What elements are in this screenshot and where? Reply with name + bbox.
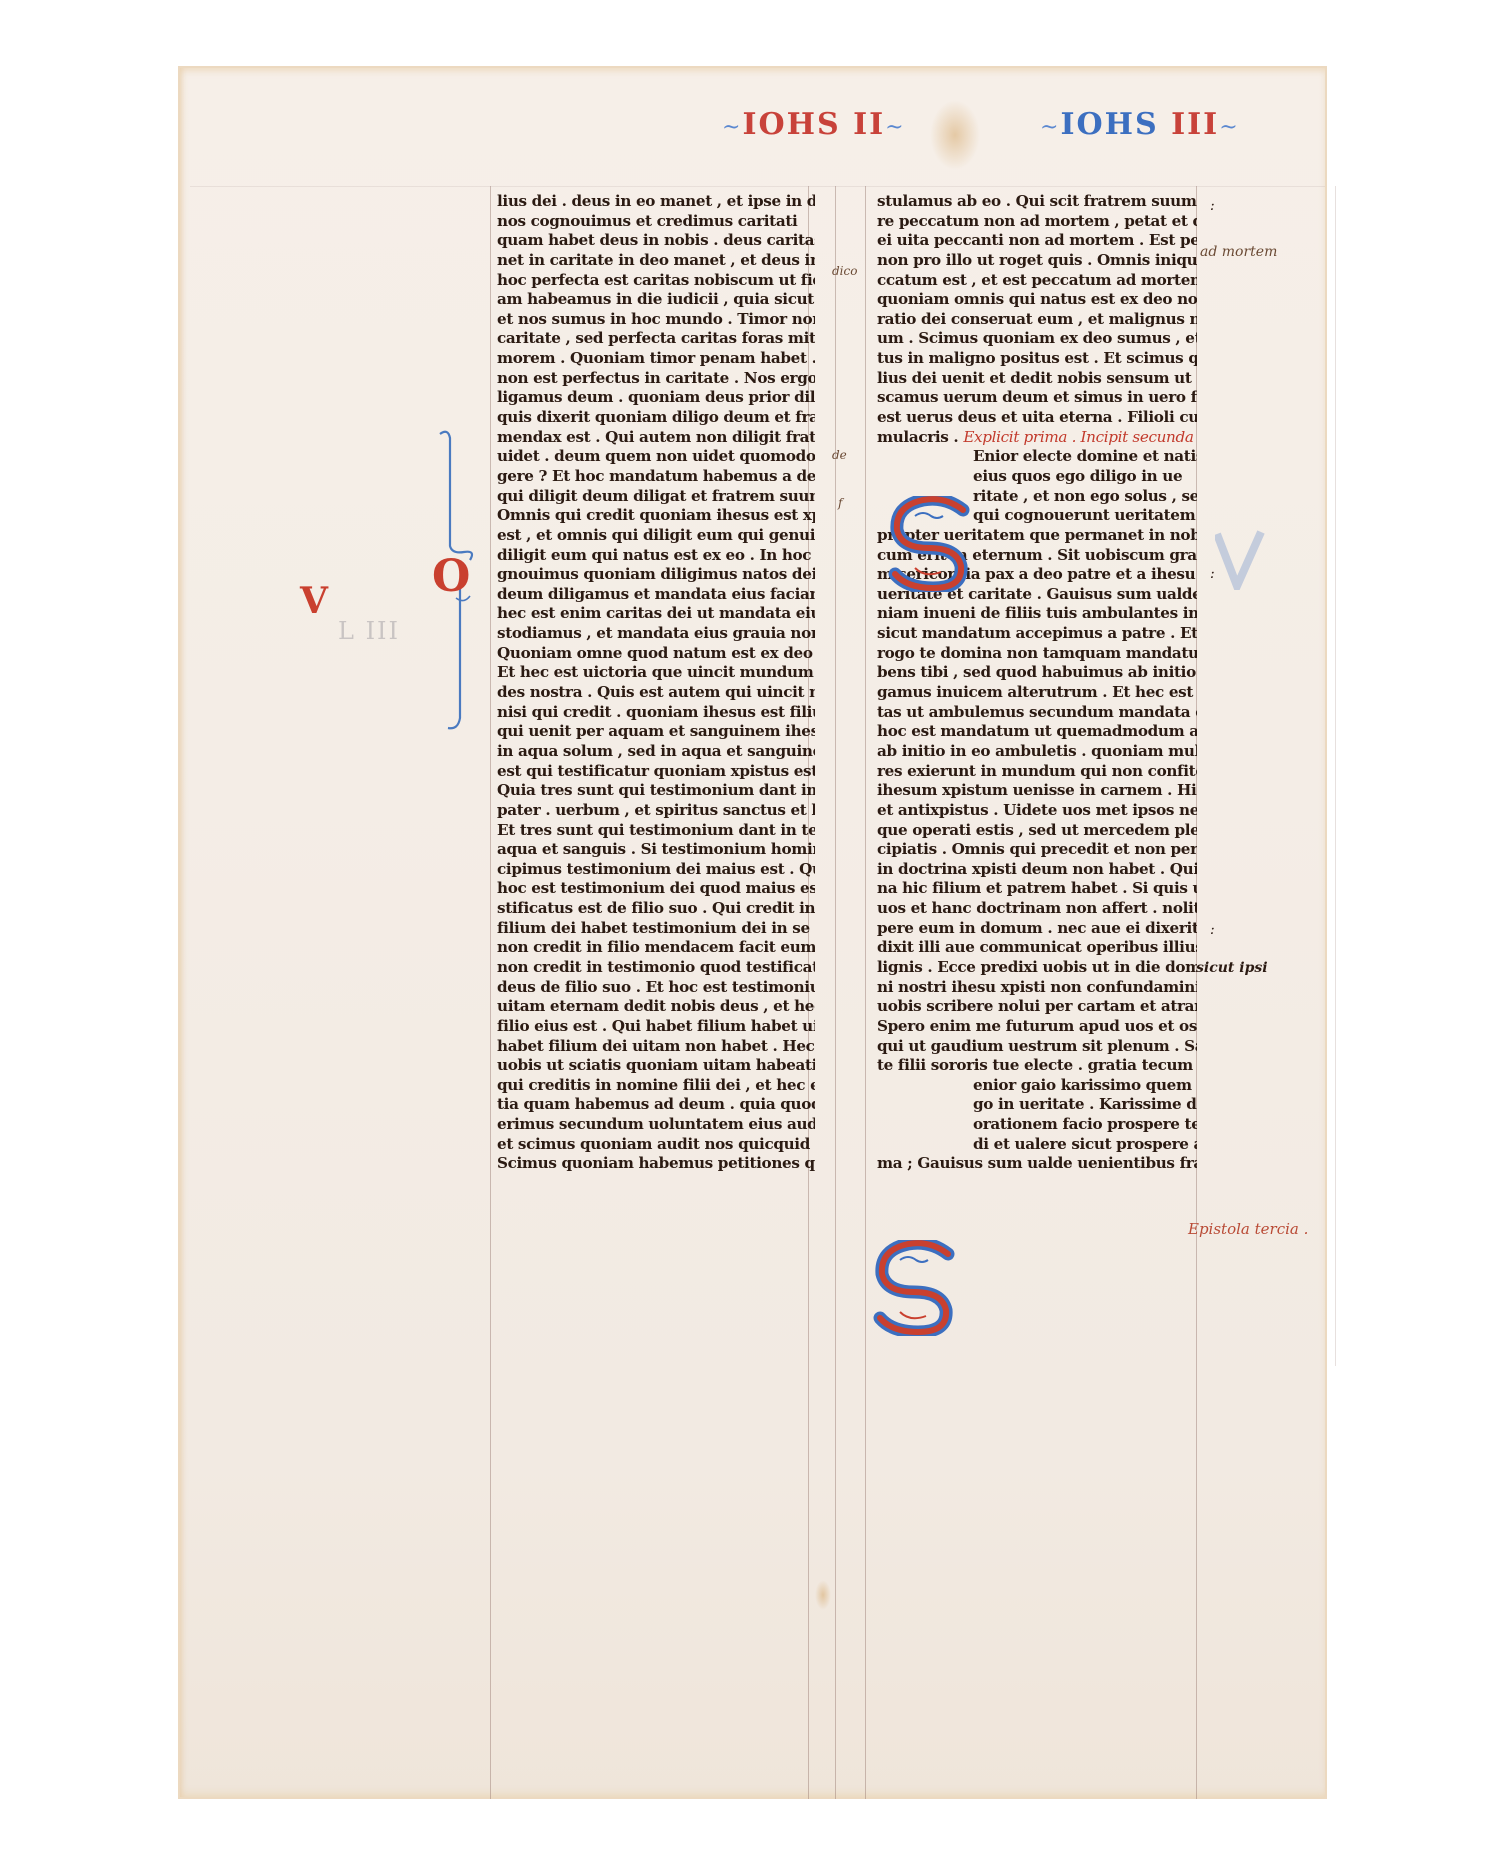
foxing-spot [815, 1580, 831, 1610]
text-line: uobis scribere nolui per cartam et atram… [877, 997, 1197, 1017]
text-line: hec est enim caritas dei ut mandata eius… [497, 604, 815, 624]
text-line: et nos sumus in hoc mundo . Timor non es… [497, 310, 815, 330]
colon-mark: : [1210, 922, 1215, 938]
text-line: bens tibi , sed quod habuimus ab initio … [877, 663, 1197, 683]
text-line: rogo te domina non tamquam mandatum nouu… [877, 644, 1197, 664]
text-line: uobis ut sciatis quoniam uitam habeatis … [497, 1056, 815, 1076]
text-line: non credit in filio mendacem facit eum q… [497, 938, 815, 958]
ruling-margin [1335, 186, 1336, 1366]
text-line: hoc est testimonium dei quod maius est q… [497, 879, 815, 899]
initial-o: O [432, 555, 470, 599]
text-line: in doctrina xpisti deum non habet . Qui … [877, 860, 1197, 880]
text-line: Quia tres sunt qui testimonium dant in c… [497, 781, 815, 801]
text-line: deus de filio suo . Et hoc est testimoni… [497, 978, 815, 998]
text-line: filium dei habet testimonium dei in se .… [497, 919, 815, 939]
text-line: nos cognouimus et credimus caritati [497, 212, 815, 232]
text-line: ccatum est , et est peccatum ad mortem .… [877, 271, 1197, 291]
marginal-note: f [838, 496, 842, 510]
text-line: tus in maligno positus est . Et scimus q… [877, 349, 1197, 369]
text-line: res exierunt in mundum qui non confitent… [877, 762, 1197, 782]
text-line: ligamus deum . quoniam deus prior dilexi… [497, 388, 815, 408]
right-column: stulamus ab eo . Qui scit fratrem suum p… [877, 192, 1197, 1174]
text-line: quis dixerit quoniam diligo deum et frat… [497, 408, 815, 428]
text-line: aqua et sanguis . Si testimonium hominum… [497, 840, 815, 860]
pencil-note: L III [338, 617, 400, 645]
text-line: pater . uerbum , et spiritus sanctus et … [497, 801, 815, 821]
text-line: tia quam habemus ad deum . quia quodcumq… [497, 1095, 815, 1115]
text-line: non pro illo ut roget quis . Omnis iniqu… [877, 251, 1197, 271]
ruling-left-col-outer [490, 186, 491, 1799]
text-line: dixit illi aue communicat operibus illiu… [877, 938, 1197, 958]
marginal-note: de [832, 448, 847, 462]
text-line: mendax est . Qui autem non diligit fratr… [497, 428, 815, 448]
text-line: gamus inuicem alterutrum . Et hec est ca… [877, 683, 1197, 703]
text-line: que operati estis , sed ut mercedem plen… [877, 821, 1197, 841]
marginal-note: dico [832, 264, 857, 278]
text-line: et scimus quoniam audit nos quicquid pet… [497, 1135, 815, 1155]
text-line: scamus uerum deum et simus in uero filio… [877, 388, 1197, 408]
text-line: lius dei uenit et dedit nobis sensum ut … [877, 369, 1197, 389]
text-line: lignis . Ecce predixi uobis ut in die do… [877, 958, 1197, 978]
text-line: enior gaio karissimo quem ego dili [877, 1076, 1197, 1096]
text-line: tas ut ambulemus secundum mandata eius . [877, 703, 1197, 723]
text-line: erimus secundum uoluntatem eius audiet n… [497, 1115, 815, 1135]
text-line: deum diligamus et mandata eius faciamus … [497, 585, 815, 605]
running-head-word: IOHS [1060, 107, 1158, 142]
text-line: lius dei . deus in eo manet , et ipse in… [497, 192, 815, 212]
text-line: Et tres sunt qui testimonium dant in ter… [497, 821, 815, 841]
text-line: Quoniam omne quod natum est ex deo uinci… [497, 644, 815, 664]
rubric-epistola-tercia: Epistola tercia . [1188, 1220, 1308, 1238]
text-line: hoc est mandatum ut quemadmodum audistis [877, 722, 1197, 742]
text-fragment: mulacris . [877, 428, 958, 446]
decorated-initial-s-icon: S [870, 1240, 960, 1336]
running-head-left: ~IOHS II~ [722, 108, 906, 145]
text-line: Et hec est uictoria que uincit mundum fi [497, 663, 815, 683]
marginal-note: ad mortem [1200, 244, 1277, 260]
text-line: hoc perfecta est caritas nobiscum ut fid… [497, 271, 815, 291]
text-line: uos et hanc doctrinam non affert . nolit… [877, 899, 1197, 919]
text-line: Enior electe domine et natis [877, 447, 1197, 467]
colon-mark: : [1210, 198, 1215, 214]
text-line: des nostra . Quis est autem qui uincit m… [497, 683, 815, 703]
text-line: ni nostri ihesu xpisti non confundamini … [877, 978, 1197, 998]
text-line: qui creditis in nomine filii dei , et he… [497, 1076, 815, 1096]
text-line: pere eum in domum . nec aue ei dixeritis… [877, 919, 1197, 939]
text-line: qui uenit per aquam et sanguinem ihesus … [497, 722, 815, 742]
text-line: diligit eum qui natus est ex eo . In hoc… [497, 546, 815, 566]
water-stain [930, 100, 980, 170]
text-line: te filii sororis tue electe . gratia tec… [877, 1056, 1197, 1076]
text-line: ma ; Gauisus sum ualde uenientibus fratr… [877, 1154, 1197, 1174]
text-line: uitam eternam dedit nobis deus , et hec … [497, 997, 815, 1017]
text-line: filio eius est . Qui habet filium habet … [497, 1017, 815, 1037]
text-line: ei uita peccanti non ad mortem . Est pec… [877, 231, 1197, 251]
flourish-icon: ~ [722, 115, 742, 140]
text-line: ihesum xpistum uenisse in carnem . Hic e… [877, 781, 1197, 801]
chapter-numeral: V [300, 580, 328, 622]
text-line: morem . Quoniam timor penam habet . Qui … [497, 349, 815, 369]
ruling-right-col-outer [865, 186, 866, 1799]
text-line: in aqua solum , sed in aqua et sanguine … [497, 742, 815, 762]
text-line: nisi qui credit . quoniam ihesus est fil… [497, 703, 815, 723]
text-line: na hic filium et patrem habet . Si quis … [877, 879, 1197, 899]
text-line: gnouimus quoniam diligimus natos dei . c… [497, 565, 815, 585]
text-line: cipiatis . Omnis qui precedit et non per… [877, 840, 1197, 860]
text-line: non est perfectus in caritate . Nos ergo… [497, 369, 815, 389]
text-line: Scimus quoniam habemus petitiones quas p… [497, 1154, 815, 1174]
decorated-initial-s-icon: S [885, 496, 975, 592]
text-line: di et ualere sicut prospere agit ani [877, 1135, 1197, 1155]
ruling-top [190, 186, 1325, 187]
running-head-right: ~IOHS III~ [1040, 108, 1240, 145]
text-line: est qui testificatur quoniam xpistus est… [497, 762, 815, 782]
initial-letter: S [885, 496, 886, 497]
text-line: eius quos ego diligo in ue [877, 467, 1197, 487]
explicit-line: mulacris . Explicit prima . Incipit secu… [877, 428, 1197, 448]
flourish-icon: ~ [885, 115, 905, 140]
text-line: ab initio in eo ambuletis . quoniam mult… [877, 742, 1197, 762]
text-line: niam inueni de filiis tuis ambulantes in… [877, 604, 1197, 624]
text-line: cipimus testimonium dei maius est . Quon… [497, 860, 815, 880]
colon-mark: : [1210, 566, 1215, 582]
text-line: habet filium dei uitam non habet . Hec s… [497, 1037, 815, 1057]
text-line: quoniam omnis qui natus est ex deo non p… [877, 290, 1197, 310]
text-line: uidet . deum quem non uidet quomodo pote… [497, 447, 815, 467]
running-head-numeral: III [1171, 107, 1219, 142]
text-line: orationem facio prospere te ingre [877, 1115, 1197, 1135]
text-line: est uerus deus et uita eterna . Filioli … [877, 408, 1197, 428]
text-line: stificatus est de filio suo . Qui credit… [497, 899, 815, 919]
text-line: est , et omnis qui diligit eum qui genui… [497, 526, 815, 546]
text-line: quam habet deus in nobis . deus caritas … [497, 231, 815, 251]
text-line: am habeamus in die iudicii , quia sicut … [497, 290, 815, 310]
text-line: non credit in testimonio quod testificat… [497, 958, 815, 978]
marginal-note: sicut ipsi [1196, 960, 1268, 976]
explicit-rubric: Explicit prima . Incipit secunda . [963, 428, 1197, 446]
initial-letter: S [870, 1240, 871, 1241]
text-line: ratio dei conseruat eum , et malignus no… [877, 310, 1197, 330]
text-line: net in caritate in deo manet , et deus i… [497, 251, 815, 271]
running-head-numeral: II [853, 107, 885, 142]
text-line: re peccatum non ad mortem , petat et dab… [877, 212, 1197, 232]
text-line: sicut mandatum accepimus a patre . Et nu… [877, 624, 1197, 644]
text-line: go in ueritate . Karissime de omnibus [877, 1095, 1197, 1115]
text-line: stodiamus , et mandata eius grauia non s… [497, 624, 815, 644]
text-line: Spero enim me futurum apud uos et os ad … [877, 1017, 1197, 1037]
offset-initial-v-icon [1215, 530, 1265, 590]
running-head-word: IOHS [742, 107, 840, 142]
flourish-icon: ~ [1219, 115, 1239, 140]
text-line: gere ? Et hoc mandatum habemus a deo ut [497, 467, 815, 487]
text-line: qui diligit deum diligat et fratrem suum… [497, 487, 815, 507]
left-column: lius dei . deus in eo manet , et ipse in… [497, 192, 815, 1174]
ruling-gutter [835, 186, 836, 1799]
text-line: qui ut gaudium uestrum sit plenum . Salu… [877, 1037, 1197, 1057]
text-line: et antixpistus . Uidete uos met ipsos ne… [877, 801, 1197, 821]
text-line: stulamus ab eo . Qui scit fratrem suum p… [877, 192, 1197, 212]
text-line: Omnis qui credit quoniam ihesus est xpis… [497, 506, 815, 526]
text-line: um . Scimus quoniam ex deo sumus , et mu… [877, 329, 1197, 349]
text-line: caritate , sed perfecta caritas foras mi… [497, 329, 815, 349]
flourish-icon: ~ [1040, 115, 1060, 140]
